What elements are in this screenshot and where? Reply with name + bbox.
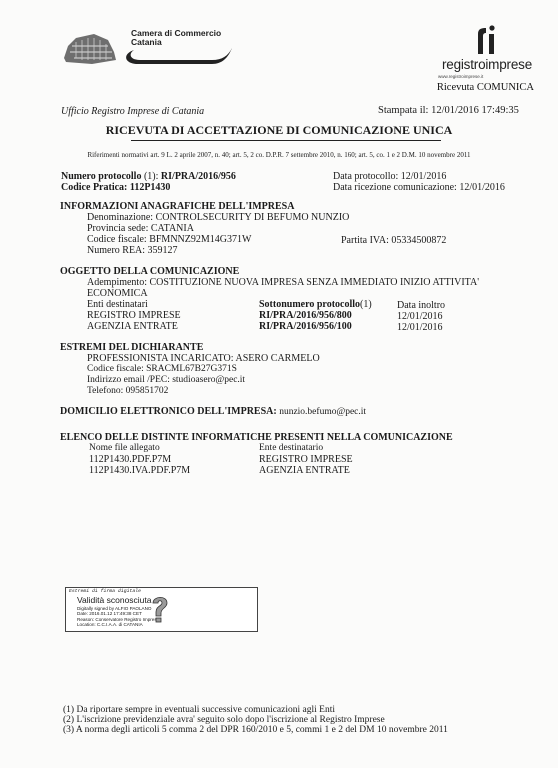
footnotes: (1) Da riportare sempre in eventuali suc… <box>63 705 448 735</box>
protocol-number: Numero protocollo (1): RI/PRA/2016/956 <box>61 171 236 182</box>
adempimento-line1: Adempimento: COSTITUZIONE NUOVA IMPRESA … <box>87 277 479 288</box>
oggetto-heading: OGGETTO DELLA COMUNICAZIONE <box>60 266 239 277</box>
oggetto-row-ente: AGENZIA ENTRATE <box>87 321 178 332</box>
col-enti-destinatari: Enti destinatari <box>87 299 148 310</box>
signature-details: Digitally signed by ALFIO PAOLANO Date: … <box>77 606 159 627</box>
footnote-3: (3) A norma degli articoli 5 comma 2 del… <box>63 725 448 735</box>
distinte-heading: ELENCO DELLE DISTINTE INFORMATICHE PRESE… <box>60 432 453 443</box>
codice-pratica-label: Codice Pratica: <box>61 182 127 193</box>
title-underline <box>131 140 441 141</box>
col-sottonumero-label: Sottonumero protocollo <box>259 299 360 310</box>
domicilio-value: nunzio.befumo@pec.it <box>279 407 366 417</box>
data-ricezione: Data ricezione comunicazione: 12/01/2016 <box>333 182 505 193</box>
provincia-sede: Provincia sede: CATANIA <box>87 223 194 234</box>
codice-fiscale-dichiarante: Codice fiscale: SRACML67B27G371S <box>87 364 237 374</box>
footnote-1: (1) Da riportare sempre in eventuali suc… <box>63 705 448 715</box>
anagrafica-heading: INFORMAZIONI ANAGRAFICHE DELL'IMPRESA <box>60 201 294 212</box>
signature-box-title: Estremi di firma digitale <box>69 589 141 594</box>
protocol-number-note: (1): <box>144 171 158 182</box>
question-mark-icon <box>149 594 171 624</box>
codice-pratica-value: 112P1430 <box>130 182 171 193</box>
distinta-file: 112P1430.PDF.P7M <box>89 454 171 465</box>
numero-rea: Numero REA: 359127 <box>87 245 178 256</box>
signature-validity: Validità sconosciuta <box>77 595 152 605</box>
distinta-ente: REGISTRO IMPRESE <box>259 454 353 465</box>
col-nome-file: Nome file allegato <box>89 443 160 453</box>
signature-location: Location: C.C.I.A.A. di CATANIA <box>77 622 159 627</box>
oggetto-row-ente: REGISTRO IMPRESE <box>87 310 181 321</box>
oggetto-row-data: 12/01/2016 <box>397 311 443 322</box>
print-timestamp: Stampata il: 12/01/2016 17:49:35 <box>378 105 519 116</box>
ri-url: www.registroimprese.it <box>438 74 483 79</box>
col-data-inoltro: Data inoltro <box>397 300 445 311</box>
ri-subtitle: Ricevuta COMUNICA <box>437 82 534 93</box>
ri-monogram-icon <box>476 24 500 54</box>
dichiarante-heading: ESTREMI DEL DICHIARANTE <box>60 342 203 353</box>
partita-iva: Partita IVA: 05334500872 <box>341 235 446 246</box>
legal-references: Riferimenti normativi art. 9 L. 2 aprile… <box>0 151 558 159</box>
codice-pratica: Codice Pratica: 112P1430 <box>61 182 170 193</box>
digital-signature-box: Estremi di firma digitale Validità scono… <box>65 587 258 632</box>
domicilio-label: DOMICILIO ELETTRONICO DELL'IMPRESA: <box>60 406 277 417</box>
protocol-number-value: RI/PRA/2016/956 <box>161 171 236 182</box>
office-name: Ufficio Registro Imprese di Catania <box>61 106 204 117</box>
email-pec: Indirizzo email /PEC: studioasero@pec.it <box>87 375 245 385</box>
oggetto-row-sottonumero: RI/PRA/2016/956/800 <box>259 310 352 321</box>
cciaa-name: Camera di Commercio Catania <box>131 29 221 47</box>
col-sottonumero-note: (1) <box>360 299 372 310</box>
oggetto-row-sottonumero: RI/PRA/2016/956/100 <box>259 321 352 332</box>
registroimprese-logo: registroimprese www.registroimprese.it R… <box>424 24 534 102</box>
col-ente-destinatario: Ente destinatario <box>259 443 323 453</box>
adempimento-line2: ECONOMICA <box>87 288 148 299</box>
protocol-number-label: Numero protocollo <box>61 171 141 182</box>
oggetto-row-data: 12/01/2016 <box>397 322 443 333</box>
domicilio-elettronico: DOMICILIO ELETTRONICO DELL'IMPRESA: nunz… <box>60 406 366 418</box>
cciaa-line2: Catania <box>131 38 221 47</box>
distinta-file: 112P1430.IVA.PDF.P7M <box>89 465 190 476</box>
professionista: PROFESSIONISTA INCARICATO: ASERO CARMELO <box>87 353 320 364</box>
distinta-ente: AGENZIA ENTRATE <box>259 465 350 476</box>
page-title: RICEVUTA DI ACCETTAZIONE DI COMUNICAZION… <box>0 123 558 138</box>
col-sottonumero: Sottonumero protocollo(1) <box>259 299 372 310</box>
ri-brand: registroimprese <box>442 57 532 72</box>
telefono: Telefono: 095851702 <box>87 386 168 396</box>
footnote-2: (2) L'iscrizione previdenziale avra' seg… <box>63 715 448 725</box>
denominazione: Denominazione: CONTROLSECURITY DI BEFUMO… <box>87 212 349 223</box>
codice-fiscale-impresa: Codice fiscale: BFMNNZ92M14G371W <box>87 234 251 245</box>
data-protocollo: Data protocollo: 12/01/2016 <box>333 171 446 182</box>
